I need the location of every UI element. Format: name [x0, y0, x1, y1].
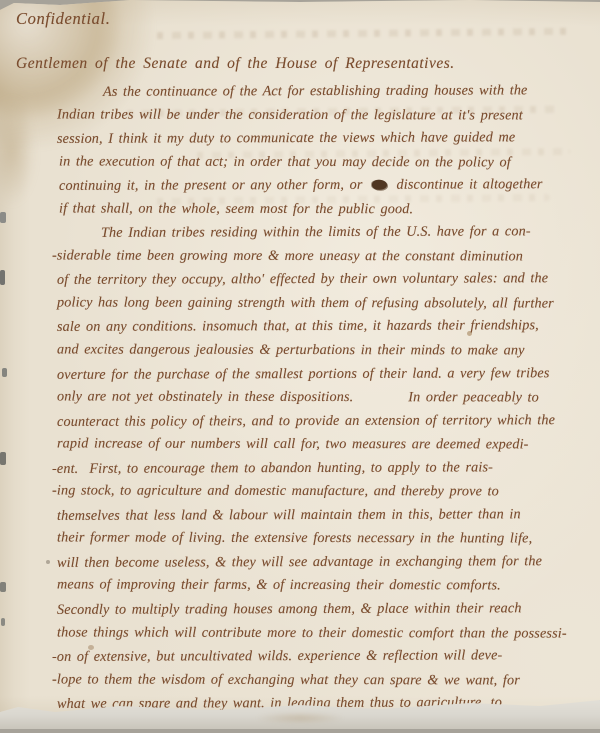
binding-mark [2, 368, 7, 377]
manuscript-line: counteract this policy of theirs, and to… [57, 409, 573, 434]
confidential-label: Confidential. [16, 9, 110, 29]
edge-stain [0, 96, 36, 206]
bleed-through-mark [150, 28, 570, 39]
manuscript-line: if that shall, on the whole, seem most f… [59, 197, 573, 222]
manuscript-line: -lope to them the wisdom of exchanging w… [52, 668, 573, 693]
binding-mark [0, 582, 6, 592]
manuscript-line: their former mode of living. the extensi… [57, 527, 573, 552]
manuscript-line: will then become useless, & they will se… [57, 550, 573, 575]
manuscript-line: -ing stock, to agriculture and domestic … [52, 480, 573, 505]
manuscript-body: As the continuance of the Act for establ… [57, 80, 573, 716]
manuscript-line: -on of extensive, but uncultivated wilds… [52, 644, 573, 669]
manuscript-line: The Indian tribes residing within the li… [101, 220, 573, 245]
document-scan: Confidential. Gentlemen of the Senate an… [0, 0, 600, 733]
manuscript-line: overture for the purchase of the smalles… [57, 362, 573, 387]
manuscript-page: Confidential. Gentlemen of the Senate an… [0, 0, 600, 718]
manuscript-line: those things which will contribute more … [57, 621, 573, 646]
ink-blot [372, 180, 387, 190]
salutation-line: Gentlemen of the Senate and of the House… [16, 55, 455, 73]
manuscript-line: continuing it, in the present or any oth… [59, 173, 573, 198]
binding-mark [1, 618, 5, 626]
manuscript-line: only are not yet obstinately in these di… [57, 386, 573, 411]
manuscript-line: -siderable time been growing more & more… [52, 244, 573, 269]
manuscript-line: and excites dangerous jealousies & pertu… [57, 338, 573, 363]
manuscript-line: As the continuance of the Act for establ… [103, 79, 573, 104]
manuscript-line: themselves that less land & labour will … [57, 503, 573, 528]
manuscript-line: -ent. First, to encourage them to abando… [52, 456, 573, 481]
manuscript-line: rapid increase of our numbers will call … [57, 433, 573, 458]
binding-mark [0, 212, 6, 223]
fox-spot [46, 560, 50, 564]
manuscript-line: Indian tribes will be under the consider… [57, 103, 573, 128]
binding-mark [0, 270, 5, 285]
manuscript-line: policy has long been gaining strength wi… [57, 291, 573, 316]
manuscript-line: in the execution of that act; in order t… [59, 150, 573, 175]
manuscript-line: Secondly to multiply trading houses amon… [57, 597, 573, 622]
manuscript-line: session, I think it my duty to communica… [57, 126, 573, 151]
manuscript-line: of the territory they occupy, altho' eff… [57, 267, 573, 292]
bottom-edge-smudge [255, 712, 345, 724]
manuscript-line: means of improving their farms, & of inc… [57, 574, 573, 599]
binding-mark [0, 452, 6, 465]
manuscript-line: sale on any conditions. insomuch that, a… [57, 315, 573, 340]
